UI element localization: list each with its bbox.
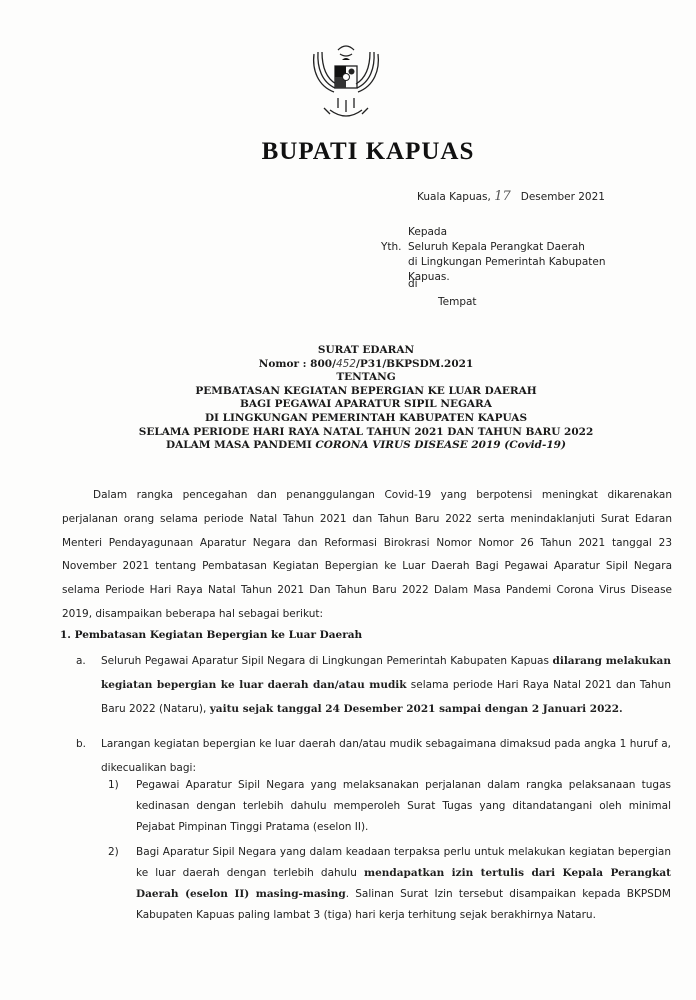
recipient-line: Seluruh Kepala Perangkat Daerah <box>408 240 606 255</box>
subject-line: BAGI PEGAWAI APARATUR SIPIL NEGARA <box>36 398 696 412</box>
sub-item-1: 1) Pegawai Aparatur Sipil Negara yang me… <box>136 775 671 838</box>
item-marker: a. <box>76 650 86 674</box>
recipient-di: di <box>408 278 418 290</box>
sub-item-2: 2) Bagi Aparatur Sipil Negara yang dalam… <box>136 842 671 926</box>
subject-prefix: DALAM MASA PANDEMI <box>166 439 315 451</box>
date-month-year: Desember 2021 <box>521 191 605 203</box>
item-bold: yaitu sejak tanggal 24 Desember 2021 sam… <box>210 703 623 715</box>
item-b: b. Larangan kegiatan bepergian ke luar d… <box>101 733 671 781</box>
subject-line: DI LINGKUNGAN PEMERINTAH KABUPATEN KAPUA… <box>36 412 696 426</box>
letter-type: SURAT EDARAN <box>36 344 696 358</box>
date-place: Kuala Kapuas, <box>417 191 491 203</box>
subject-line: DALAM MASA PANDEMI CORONA VIRUS DISEASE … <box>36 439 696 453</box>
circular-heading: SURAT EDARAN Nomor : 800/452/P31/BKPSDM.… <box>0 344 696 453</box>
letter-number: Nomor : 800/452/P31/BKPSDM.2021 <box>36 358 696 372</box>
garuda-emblem-icon <box>308 40 384 126</box>
number-label: Nomor : 800/ <box>259 358 336 370</box>
recipient-yth: Yth. <box>381 240 402 255</box>
number-handwritten: 452 <box>336 358 356 370</box>
subject-line: SELAMA PERIODE HARI RAYA NATAL TAHUN 202… <box>36 426 696 440</box>
item-text: Pegawai Aparatur Sipil Negara yang melak… <box>136 779 671 833</box>
tentang-label: TENTANG <box>36 371 696 385</box>
document-page: BUPATI KAPUAS Kuala Kapuas, 17 Desember … <box>0 0 696 1000</box>
item-marker: b. <box>76 733 86 757</box>
item-a: a. Seluruh Pegawai Aparatur Sipil Negara… <box>101 650 671 721</box>
item-marker: 2) <box>108 842 119 863</box>
item-text: Larangan kegiatan bepergian ke luar daer… <box>101 738 671 774</box>
item-text: Seluruh Pegawai Aparatur Sipil Negara di… <box>101 655 552 667</box>
item-marker: 1) <box>108 775 119 796</box>
letterhead-title: BUPATI KAPUAS <box>0 138 696 166</box>
recipient-kepada: Kepada <box>408 225 606 240</box>
section-1-heading: 1. Pembatasan Kegiatan Bepergian ke Luar… <box>60 629 362 641</box>
opening-paragraph-text: Dalam rangka pencegahan dan penanggulang… <box>62 484 672 627</box>
recipient-tempat: Tempat <box>438 296 477 308</box>
number-suffix: /P31/BKPSDM.2021 <box>356 358 473 370</box>
recipient-line: Kapuas. <box>408 270 606 285</box>
date-line: Kuala Kapuas, 17 Desember 2021 <box>417 189 605 204</box>
subject-italic: CORONA VIRUS DISEASE 2019 (Covid-19) <box>315 439 566 451</box>
recipient-line: di Lingkungan Pemerintah Kabupaten <box>408 255 606 270</box>
recipient-block: Kepada Yth. Seluruh Kepala Perangkat Dae… <box>408 225 606 285</box>
date-day-handwritten: 17 <box>494 189 511 204</box>
opening-paragraph: Dalam rangka pencegahan dan penanggulang… <box>62 484 672 627</box>
subject-line: PEMBATASAN KEGIATAN BEPERGIAN KE LUAR DA… <box>36 385 696 399</box>
